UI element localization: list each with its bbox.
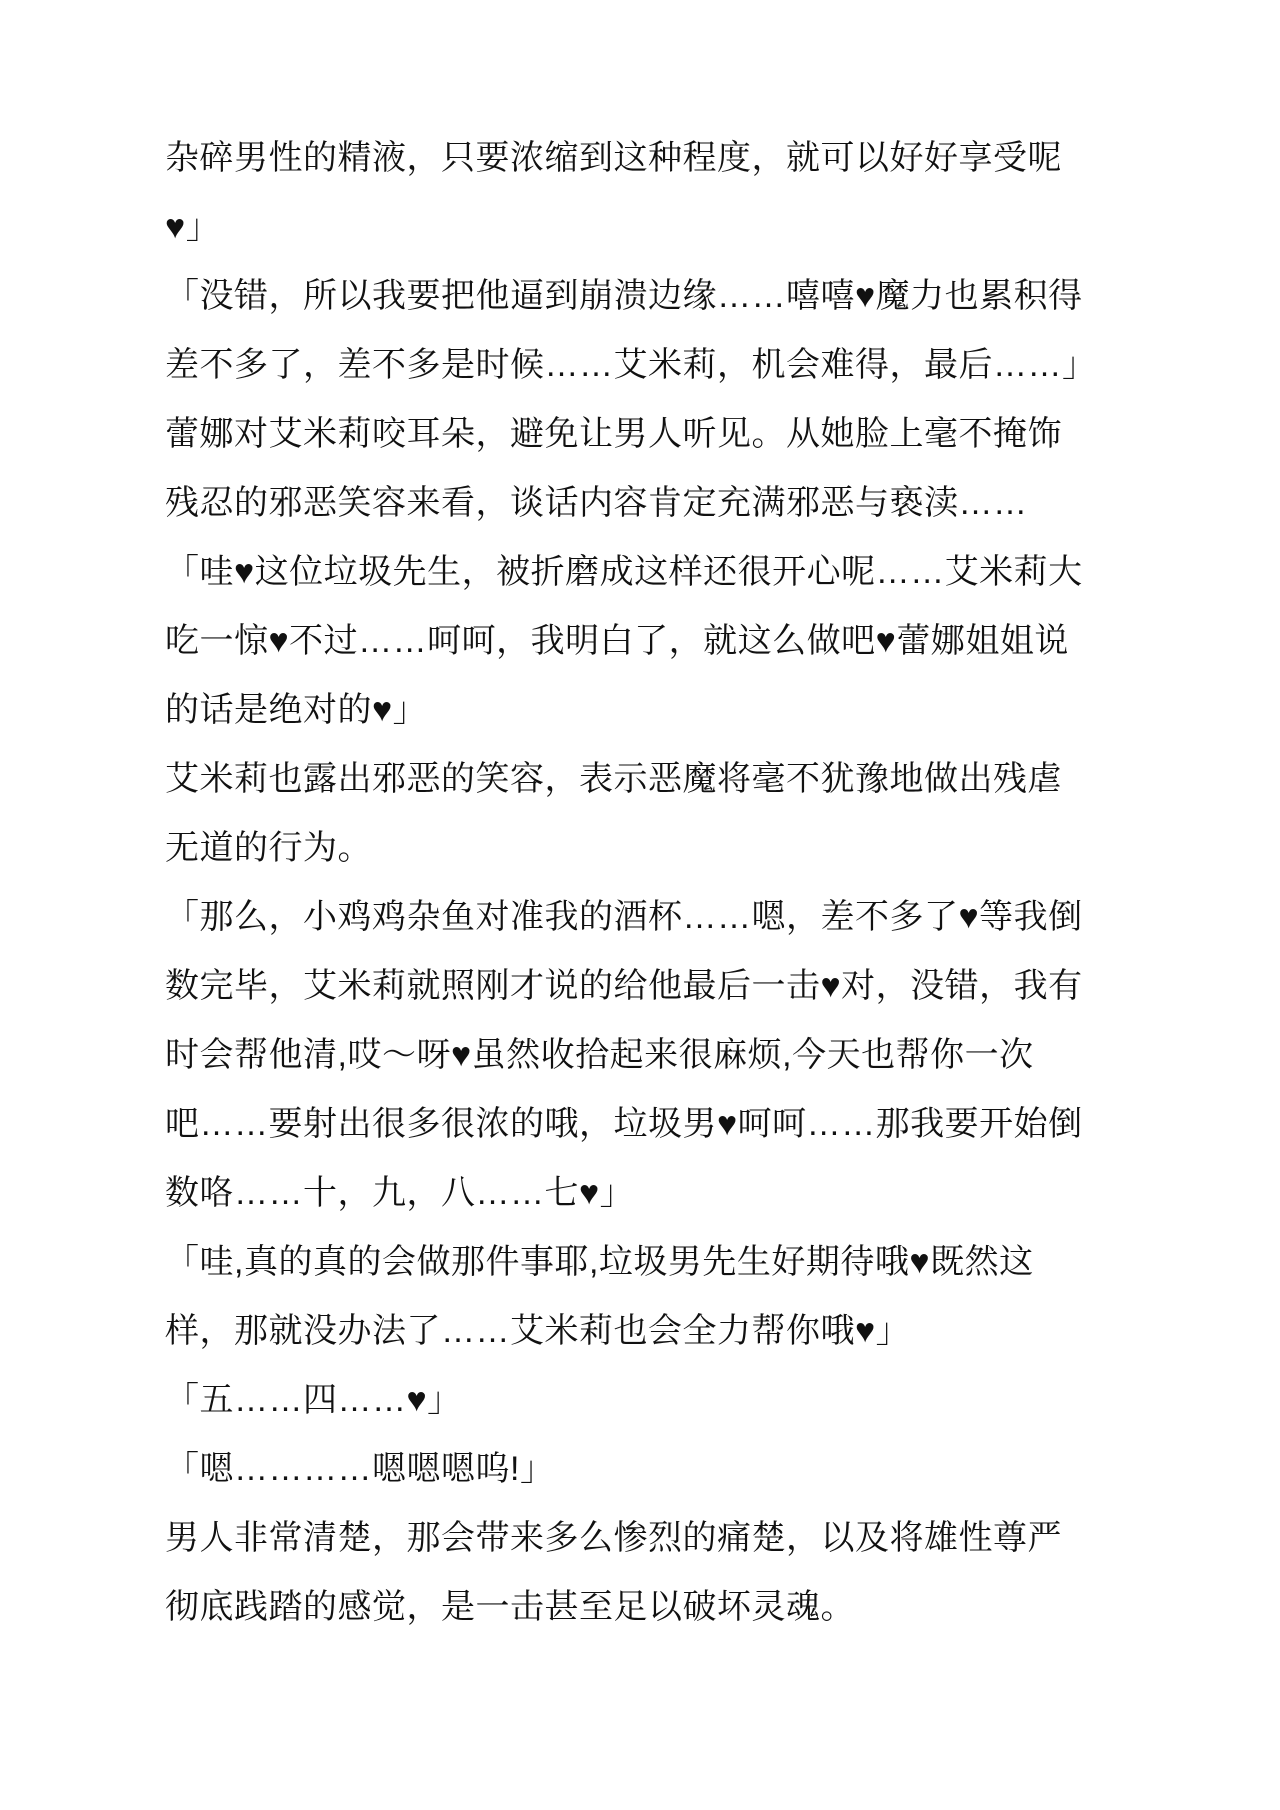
text-line: 吧……要射出很多很浓的哦，垃圾男♥呵呵……那我要开始倒 — [165, 1090, 985, 1159]
text-line: 「五……四……♥」 — [165, 1366, 985, 1435]
text-line: 差不多了，差不多是时候……艾米莉，机会难得，最后……」 — [165, 331, 985, 400]
text-line: ♥」 — [165, 193, 985, 262]
text-line: 无道的行为。 — [165, 814, 985, 883]
text-line: 「没错，所以我要把他逼到崩溃边缘……嘻嘻♥魔力也累积得 — [165, 262, 985, 331]
text-line: 吃一惊♥不过……呵呵，我明白了，就这么做吧♥蕾娜姐姐说 — [165, 607, 985, 676]
text-line: 「那么，小鸡鸡杂鱼对准我的酒杯……嗯，差不多了♥等我倒 — [165, 883, 985, 952]
text-content: 杂碎男性的精液，只要浓缩到这种程度，就可以好好享受呢♥」「没错，所以我要把他逼到… — [165, 124, 985, 1642]
text-line: 男人非常清楚，那会带来多么惨烈的痛楚，以及将雄性尊严 — [165, 1504, 985, 1573]
text-line: 残忍的邪恶笑容来看，谈话内容肯定充满邪恶与亵渎…… — [165, 469, 985, 538]
text-line: 的话是绝对的♥」 — [165, 676, 985, 745]
text-line: 时会帮他清,哎～呀♥虽然收拾起来很麻烦,今天也帮你一次 — [165, 1021, 985, 1090]
text-line: 「哇,真的真的会做那件事耶,垃圾男先生好期待哦♥既然这 — [165, 1228, 985, 1297]
text-line: 蕾娜对艾米莉咬耳朵，避免让男人听见。从她脸上毫不掩饰 — [165, 400, 985, 469]
text-line: 数咯……十，九，八……七♥」 — [165, 1159, 985, 1228]
text-line: 杂碎男性的精液，只要浓缩到这种程度，就可以好好享受呢 — [165, 124, 985, 193]
text-line: 「哇♥这位垃圾先生，被折磨成这样还很开心呢……艾米莉大 — [165, 538, 985, 607]
text-line: 艾米莉也露出邪恶的笑容，表示恶魔将毫不犹豫地做出残虐 — [165, 745, 985, 814]
document-page: 杂碎男性的精液，只要浓缩到这种程度，就可以好好享受呢♥」「没错，所以我要把他逼到… — [0, 0, 1280, 1810]
text-line: 「嗯…………嗯嗯嗯呜!」 — [165, 1435, 985, 1504]
text-line: 样，那就没办法了……艾米莉也会全力帮你哦♥」 — [165, 1297, 985, 1366]
text-line: 彻底践踏的感觉，是一击甚至足以破坏灵魂。 — [165, 1573, 985, 1642]
text-line: 数完毕，艾米莉就照刚才说的给他最后一击♥对，没错，我有 — [165, 952, 985, 1021]
